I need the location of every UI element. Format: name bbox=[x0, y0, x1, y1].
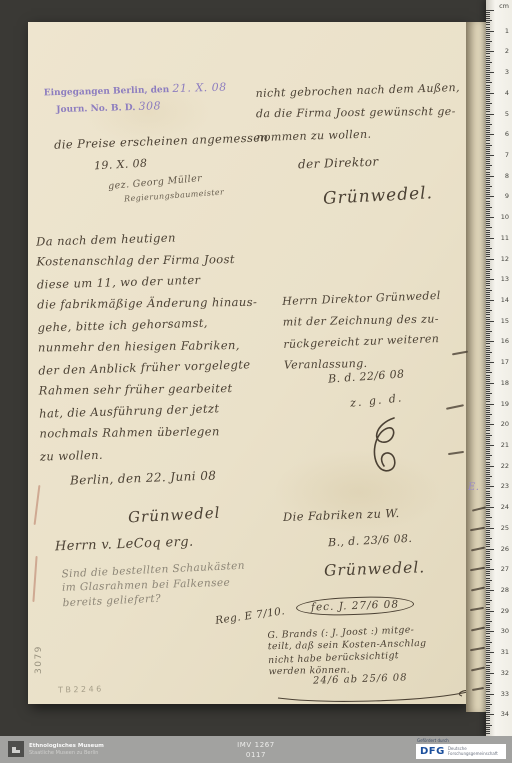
ruler-tick bbox=[486, 451, 490, 452]
ruler-tick bbox=[486, 97, 490, 98]
ruler-tick bbox=[486, 151, 490, 152]
ruler-tick bbox=[486, 586, 490, 587]
ruler-tick bbox=[486, 207, 492, 208]
ruler-tick bbox=[486, 573, 490, 574]
ruler-tick bbox=[486, 157, 490, 158]
ruler-number: 33 bbox=[495, 690, 509, 698]
ruler-tick bbox=[486, 360, 490, 361]
ruler-tick bbox=[486, 126, 490, 127]
ruler-tick bbox=[486, 515, 490, 516]
ruler-tick bbox=[486, 116, 490, 117]
ruler-tick bbox=[486, 522, 490, 523]
ruler-tick bbox=[486, 41, 492, 42]
ruler-tick bbox=[486, 242, 490, 243]
ruler-number: 3 bbox=[495, 68, 509, 76]
ruler-tick bbox=[486, 35, 490, 36]
ruler-number: 28 bbox=[495, 586, 509, 594]
ruler-tick bbox=[486, 501, 490, 502]
ruler-number: 27 bbox=[495, 565, 509, 573]
ruler-tick bbox=[486, 549, 494, 550]
ruler-tick bbox=[486, 72, 494, 73]
ruler-tick bbox=[486, 551, 490, 552]
ruler-tick bbox=[486, 480, 490, 481]
ruler-tick bbox=[486, 395, 490, 396]
ruler-tick bbox=[486, 178, 490, 179]
ruler-tick bbox=[486, 53, 490, 54]
ruler-tick bbox=[486, 706, 490, 707]
ruler-tick bbox=[486, 687, 490, 688]
ruler-tick bbox=[486, 621, 492, 622]
ruler-tick bbox=[486, 337, 490, 338]
ruler-tick bbox=[486, 101, 490, 102]
ruler-tick bbox=[486, 217, 494, 218]
annotation-role: Regierungsbaumeister bbox=[124, 188, 225, 204]
ruler-tick bbox=[486, 401, 490, 402]
ruler-tick bbox=[486, 368, 490, 369]
ruler-tick bbox=[486, 615, 490, 616]
ruler-tick bbox=[486, 681, 490, 682]
ruler-tick bbox=[486, 673, 494, 674]
stamp-date-handwritten: 21. X. 08 bbox=[172, 81, 227, 95]
ruler-tick bbox=[486, 459, 490, 460]
ruler-tick bbox=[486, 201, 490, 202]
dfg-full-name: Deutsche Forschungsgemeinschaft bbox=[448, 747, 494, 756]
ruler-tick bbox=[486, 412, 490, 413]
ruler-tick bbox=[486, 439, 490, 440]
ruler-tick bbox=[486, 542, 490, 543]
ruler-tick bbox=[486, 143, 490, 144]
ruler-tick bbox=[486, 372, 492, 373]
ruler-tick bbox=[486, 263, 490, 264]
ruler-tick bbox=[486, 60, 490, 61]
ruler-tick bbox=[486, 462, 490, 463]
ruler-tick bbox=[486, 546, 490, 547]
ruler-tick bbox=[486, 140, 490, 141]
ruler-number: 7 bbox=[495, 151, 509, 159]
dfg-brand: Gefördert durch DFG Deutsche Forschungsg… bbox=[416, 738, 506, 759]
ruler-tick bbox=[486, 169, 490, 170]
ruler-tick bbox=[486, 426, 490, 427]
ruler-tick bbox=[486, 155, 494, 156]
red-margin-stroke bbox=[32, 556, 37, 602]
ruler-tick bbox=[486, 186, 492, 187]
ruler-number: 1 bbox=[495, 27, 509, 35]
ruler-tick bbox=[486, 575, 490, 576]
ruler-tick bbox=[486, 611, 494, 612]
ruler-tick bbox=[486, 120, 490, 121]
ruler-tick bbox=[486, 244, 490, 245]
ruler-tick bbox=[486, 198, 490, 199]
ruler-tick bbox=[486, 93, 494, 94]
ruler-tick bbox=[486, 623, 490, 624]
ruler-tick bbox=[486, 445, 494, 446]
ruler-number: 6 bbox=[495, 130, 509, 138]
ruler-tick bbox=[486, 225, 490, 226]
ruler-tick bbox=[486, 488, 490, 489]
ruler-tick bbox=[486, 221, 490, 222]
ruler-tick bbox=[486, 464, 490, 465]
ruler-tick bbox=[486, 147, 490, 148]
ruler-tick bbox=[486, 194, 490, 195]
ruler-tick bbox=[486, 240, 490, 241]
ruler-tick bbox=[486, 16, 490, 17]
ruler-tick bbox=[486, 261, 490, 262]
ruler-tick bbox=[486, 74, 490, 75]
ruler-tick bbox=[486, 364, 490, 365]
ruler-tick bbox=[486, 47, 490, 48]
ruler-number: 4 bbox=[495, 89, 509, 97]
ruler-tick bbox=[486, 283, 490, 284]
ruler-tick bbox=[486, 294, 490, 295]
ruler-tick bbox=[486, 609, 490, 610]
ruler-tick bbox=[486, 443, 490, 444]
ruler-tick bbox=[486, 507, 494, 508]
ruler-number: 17 bbox=[495, 358, 509, 366]
ruler-tick bbox=[486, 265, 490, 266]
ruler-tick bbox=[486, 163, 490, 164]
ruler-tick bbox=[486, 246, 490, 247]
ruler-tick bbox=[486, 633, 490, 634]
ruler-tick bbox=[486, 172, 490, 173]
red-margin-stroke bbox=[34, 485, 41, 525]
ruler-tick bbox=[486, 105, 490, 106]
ruler-tick bbox=[486, 648, 490, 649]
ruler-tick bbox=[486, 540, 490, 541]
ruler-number: 10 bbox=[495, 213, 509, 221]
ruler-tick bbox=[486, 267, 490, 268]
ruler-tick bbox=[486, 329, 490, 330]
purple-edge-mark: E. bbox=[468, 482, 479, 493]
ruler-tick bbox=[486, 602, 490, 603]
ruler-tick bbox=[486, 397, 490, 398]
ruler-tick bbox=[486, 165, 492, 166]
ruler-tick bbox=[486, 580, 492, 581]
ruler-tick bbox=[486, 534, 490, 535]
ruler-tick bbox=[486, 383, 494, 384]
ruler-tick bbox=[486, 700, 490, 701]
ruler-tick bbox=[486, 24, 490, 25]
ruler-tick bbox=[486, 223, 490, 224]
ruler-tick bbox=[486, 27, 490, 28]
ruler-tick bbox=[486, 103, 492, 104]
ruler-tick bbox=[486, 18, 490, 19]
ruler-tick bbox=[486, 350, 490, 351]
ruler-tick bbox=[486, 698, 490, 699]
ruler-tick bbox=[486, 343, 490, 344]
ruler-number: 24 bbox=[495, 503, 509, 511]
ruler-tick bbox=[486, 310, 492, 311]
ruler-tick bbox=[486, 248, 492, 249]
ruler-tick bbox=[486, 725, 492, 726]
ruler-tick bbox=[486, 418, 490, 419]
ruler-tick bbox=[486, 215, 490, 216]
ruler-tick bbox=[486, 184, 490, 185]
ruler-number: 30 bbox=[495, 627, 509, 635]
ruler-tick bbox=[486, 153, 490, 154]
ruler-tick bbox=[486, 362, 494, 363]
ruler-tick bbox=[486, 298, 490, 299]
registry-reference: Reg. E 7/10. bbox=[215, 605, 286, 627]
ruler-tick bbox=[486, 391, 490, 392]
ruler-tick bbox=[486, 561, 490, 562]
ruler-number: 14 bbox=[495, 296, 509, 304]
ruler-tick bbox=[486, 424, 494, 425]
ruler-tick bbox=[486, 689, 490, 690]
ruler-tick bbox=[486, 567, 490, 568]
ruler-number: 29 bbox=[495, 607, 509, 615]
ruler-tick bbox=[486, 513, 490, 514]
ruler-tick bbox=[486, 495, 490, 496]
ruler-tick bbox=[486, 138, 490, 139]
ruler-tick bbox=[486, 565, 490, 566]
ruler-tick bbox=[486, 478, 490, 479]
ruler-tick bbox=[486, 279, 494, 280]
ruler-tick bbox=[486, 520, 490, 521]
ruler-tick bbox=[486, 128, 490, 129]
ruler-tick bbox=[486, 159, 490, 160]
ruler-tick bbox=[486, 14, 490, 15]
ruler-tick bbox=[486, 652, 494, 653]
ruler-tick bbox=[486, 530, 490, 531]
ruler-tick bbox=[486, 273, 490, 274]
ruler-tick bbox=[486, 710, 490, 711]
ruler-tick bbox=[486, 145, 492, 146]
ruler-tick bbox=[486, 308, 490, 309]
ruler-tick bbox=[486, 569, 494, 570]
ruler-tick bbox=[486, 430, 490, 431]
ruler-tick bbox=[486, 82, 492, 83]
ruler-tick bbox=[486, 437, 490, 438]
ruler-tick bbox=[486, 468, 490, 469]
middle-initials: z. g. d. bbox=[349, 391, 403, 410]
ruler-tick bbox=[486, 723, 490, 724]
ruler-tick bbox=[486, 366, 490, 367]
ruler-tick bbox=[486, 114, 494, 115]
ruler-tick bbox=[486, 130, 490, 131]
ruler-tick bbox=[486, 327, 490, 328]
ruler-tick bbox=[486, 281, 490, 282]
ruler-tick bbox=[486, 727, 490, 728]
ruler-tick bbox=[486, 132, 490, 133]
ruler-tick bbox=[486, 91, 490, 92]
ruler-tick bbox=[486, 341, 494, 342]
ruler-tick bbox=[486, 190, 490, 191]
ruler-tick bbox=[486, 636, 490, 637]
ruler-tick bbox=[486, 704, 492, 705]
ruler-number: 25 bbox=[495, 524, 509, 532]
ruler-tick bbox=[486, 559, 492, 560]
ruler-tick bbox=[486, 708, 490, 709]
ruler-tick bbox=[486, 484, 490, 485]
ruler-tick bbox=[486, 410, 490, 411]
ruler-tick bbox=[486, 254, 490, 255]
right-column-top: nicht gebrochen nach dem Außen,da die Fi… bbox=[255, 78, 460, 148]
ruler-tick bbox=[486, 285, 490, 286]
ruler-number: 11 bbox=[495, 234, 509, 242]
ruler-tick bbox=[486, 596, 490, 597]
ruler-tick bbox=[486, 662, 492, 663]
ruler-tick bbox=[486, 718, 490, 719]
ruler-tick bbox=[486, 205, 490, 206]
ruler-number: 34 bbox=[495, 710, 509, 718]
ruler-tick bbox=[486, 76, 490, 77]
received-stamp: Eingegangen Berlin, den 21. X. 08 Journ.… bbox=[44, 80, 228, 119]
ruler-tick bbox=[486, 584, 490, 585]
ruler-tick bbox=[486, 509, 490, 510]
ruler-tick bbox=[486, 39, 490, 40]
ruler-number: 15 bbox=[495, 317, 509, 325]
ruler-tick bbox=[486, 493, 490, 494]
ruler-tick bbox=[486, 677, 490, 678]
archival-document-scan: Eingegangen Berlin, den 21. X. 08 Journ.… bbox=[0, 0, 512, 763]
ruler-tick bbox=[486, 62, 492, 63]
ruler-tick bbox=[486, 180, 490, 181]
ruler-tick bbox=[486, 339, 490, 340]
ruler-tick bbox=[486, 33, 490, 34]
ruler-tick bbox=[486, 441, 490, 442]
bottom-date-line: B., d. 23/6 08. bbox=[328, 532, 413, 549]
ruler-number: 16 bbox=[495, 337, 509, 345]
ruler-tick bbox=[486, 358, 490, 359]
ruler-tick bbox=[486, 29, 490, 30]
ruler-tick bbox=[486, 234, 490, 235]
ruler-tick bbox=[486, 211, 490, 212]
ruler-tick bbox=[486, 474, 490, 475]
handwriting-line: nommen zu wollen. bbox=[256, 121, 461, 149]
ruler-tick bbox=[486, 219, 490, 220]
ruler-tick bbox=[486, 435, 492, 436]
ruler-tick bbox=[486, 56, 490, 57]
dfg-logo: DFG Deutsche Forschungsgemeinschaft bbox=[416, 744, 506, 759]
ruler-tick bbox=[486, 729, 490, 730]
bottom-address-line: Die Fabriken zu W. bbox=[283, 506, 400, 524]
director-title-line: der Direktor bbox=[298, 155, 379, 172]
ruler-tick bbox=[486, 702, 490, 703]
ruler-tick bbox=[486, 582, 490, 583]
ruler-tick bbox=[486, 85, 490, 86]
ruler-tick bbox=[486, 192, 490, 193]
stamp-number-handwritten: 308 bbox=[138, 99, 161, 113]
ruler-tick bbox=[486, 302, 490, 303]
ruler-tick bbox=[486, 196, 494, 197]
ruler-tick bbox=[486, 665, 490, 666]
ruler-tick bbox=[486, 491, 490, 492]
ruler-tick bbox=[486, 497, 492, 498]
ruler-tick bbox=[486, 188, 490, 189]
ruler-tick bbox=[486, 379, 490, 380]
ruler-tick bbox=[486, 503, 490, 504]
ruler-tick bbox=[486, 232, 490, 233]
ruler-tick bbox=[486, 731, 490, 732]
ruler-tick bbox=[486, 256, 490, 257]
ruler-tick bbox=[486, 578, 490, 579]
ruler-number: 20 bbox=[495, 420, 509, 428]
director-signature: Grünwedel. bbox=[323, 183, 434, 209]
ruler-tick bbox=[486, 275, 490, 276]
circled-annotation: fec. J. 27/6 08 bbox=[296, 592, 415, 617]
ruler-tick bbox=[486, 671, 490, 672]
ruler-tick bbox=[486, 174, 490, 175]
ruler-number: 8 bbox=[495, 172, 509, 180]
ruler-tick bbox=[486, 252, 490, 253]
annotation-date: 19. X. 08 bbox=[94, 157, 148, 173]
ruler-tick bbox=[486, 333, 490, 334]
bottom-note-block: G. Brands (: J. Joost :) mitge-teilt, da… bbox=[267, 623, 480, 679]
ruler-tick bbox=[486, 613, 490, 614]
ruler-tick bbox=[486, 10, 494, 11]
ruler-tick bbox=[486, 511, 490, 512]
ruler-tick bbox=[486, 528, 494, 529]
ruler-tick bbox=[486, 466, 494, 467]
ruler-tick bbox=[486, 422, 490, 423]
ruler-tick bbox=[486, 288, 490, 289]
ruler-tick bbox=[486, 356, 490, 357]
ruler-tick bbox=[486, 486, 494, 487]
ruler-tick bbox=[486, 22, 490, 23]
ruler-tick bbox=[486, 385, 490, 386]
ruler-tick bbox=[486, 555, 490, 556]
left-signature: Grünwedel bbox=[128, 504, 221, 527]
ruler-tick bbox=[486, 650, 490, 651]
ruler-tick bbox=[486, 227, 492, 228]
signature-paraph-icon bbox=[364, 414, 410, 480]
ruler-tick bbox=[486, 49, 490, 50]
ruler-tick bbox=[486, 323, 490, 324]
ruler-tick bbox=[486, 99, 490, 100]
left-date-line: Berlin, den 22. Juni 08 bbox=[70, 468, 217, 487]
bottom-double-date: 24/6 ab 25/6 08 bbox=[313, 672, 408, 686]
ruler-number: 22 bbox=[495, 462, 509, 470]
ruler-tick bbox=[486, 306, 490, 307]
ruler-tick bbox=[486, 271, 490, 272]
ruler-tick bbox=[486, 716, 490, 717]
ruler-tick bbox=[486, 414, 492, 415]
ruler-number: 13 bbox=[495, 275, 509, 283]
ruler-tick bbox=[486, 505, 490, 506]
ruler-tick bbox=[486, 161, 490, 162]
ruler-tick bbox=[486, 691, 490, 692]
ruler-tick bbox=[486, 532, 490, 533]
ruler-unit-label: cm bbox=[495, 2, 509, 10]
ruler-tick bbox=[486, 346, 490, 347]
ruler-tick bbox=[486, 387, 490, 388]
ruler-tick bbox=[486, 571, 490, 572]
ruler-tick bbox=[486, 78, 490, 79]
ruler-tick bbox=[486, 89, 490, 90]
ruler-tick bbox=[486, 331, 492, 332]
ruler-tick bbox=[486, 377, 490, 378]
ruler-tick bbox=[486, 604, 490, 605]
ruler-tick bbox=[486, 640, 490, 641]
ruler-tick bbox=[486, 80, 490, 81]
ruler-tick bbox=[486, 124, 492, 125]
ruler-tick bbox=[486, 321, 494, 322]
ruler-tick bbox=[486, 134, 494, 135]
ruler-tick bbox=[486, 176, 494, 177]
ruler-tick bbox=[486, 517, 492, 518]
ruler-tick bbox=[486, 230, 490, 231]
ruler-tick bbox=[486, 482, 490, 483]
ruler-tick bbox=[486, 544, 490, 545]
ruler-tick bbox=[486, 526, 490, 527]
viewer-footer: Ethnologisches Museum Staatliche Museen … bbox=[0, 736, 512, 763]
ruler-tick bbox=[486, 238, 494, 239]
ruler-tick bbox=[486, 658, 490, 659]
ruler-tick bbox=[486, 453, 490, 454]
ruler-tick bbox=[486, 607, 490, 608]
ruler-number: 5 bbox=[495, 110, 509, 118]
ruler-tick bbox=[486, 70, 490, 71]
